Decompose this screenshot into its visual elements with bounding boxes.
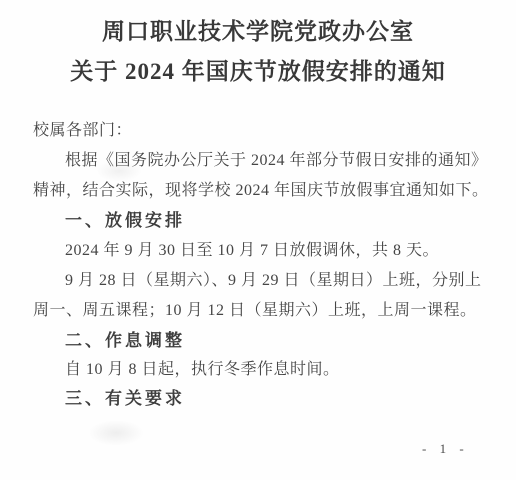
section1-paragraph-line1: 2024 年 9 月 30 日至 10 月 7 日放假调休，共 8 天。: [65, 242, 439, 260]
section3-heading: 三、有关要求: [65, 390, 185, 408]
document-title-line1: 周口职业技术学院党政办公室: [0, 19, 516, 45]
salutation: 校属各部门：: [33, 122, 132, 140]
scan-smudge: [88, 420, 144, 446]
section2-heading: 二、作息调整: [65, 332, 185, 350]
page-number: - 1 -: [422, 441, 469, 457]
document-title-line2: 关于 2024 年国庆节放假安排的通知: [0, 59, 516, 85]
intro-paragraph-line2: 精神，结合实际，现将学校 2024 年国庆节放假事宜通知如下。: [33, 182, 489, 200]
scanned-notice-page: 周口职业技术学院党政办公室 关于 2024 年国庆节放假安排的通知 校属各部门：…: [0, 0, 516, 480]
intro-paragraph-line1: 根据《国务院办公厅关于 2024 年部分节假日安排的通知》: [65, 152, 488, 170]
section1-paragraph-line2: 9 月 28 日（星期六）、9 月 29 日（星期日）上班，分别上: [65, 272, 482, 290]
section1-paragraph-line3: 周一、周五课程；10 月 12 日（星期六）上班，上周一课程。: [33, 302, 477, 320]
section1-heading: 一、放假安排: [65, 212, 185, 230]
section2-paragraph-line1: 自 10 月 8 日起，执行冬季作息时间。: [65, 361, 340, 379]
